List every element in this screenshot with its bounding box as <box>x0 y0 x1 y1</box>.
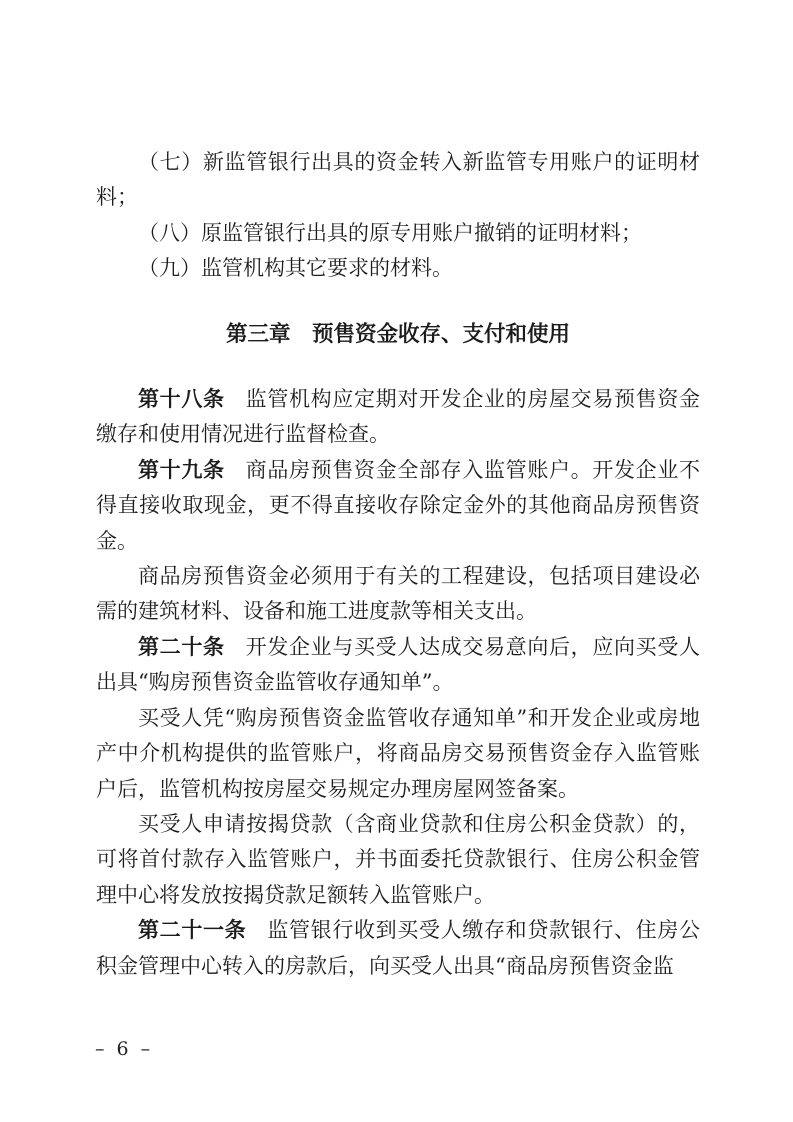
chapter-number: 第三章 <box>226 322 291 347</box>
paragraph-funds-use: 商品房预售资金必须用于有关的工程建设，包括项目建设必需的建筑材料、设备和施工进度… <box>96 559 700 630</box>
article-19-label: 第十九条 <box>138 458 225 482</box>
article-20-label: 第二十条 <box>138 635 225 659</box>
article-20: 第二十条开发企业与买受人达成交易意向后，应向买受人出具“购房预售资金监管收存通知… <box>96 630 700 701</box>
page-number: – 6 – <box>95 1038 153 1060</box>
document-page: （七）新监管银行出具的资金转入新监管专用账户的证明材料； （八）原监管银行出具的… <box>0 0 793 1122</box>
list-item-8: （八）原监管银行出具的原专用账户撤销的证明材料； <box>96 216 700 251</box>
article-21-label: 第二十一条 <box>138 918 246 942</box>
list-item-9: （九）监管机构其它要求的材料。 <box>96 251 700 286</box>
document-body: （七）新监管银行出具的资金转入新监管专用账户的证明材料； （八）原监管银行出具的… <box>96 145 700 984</box>
article-19: 第十九条商品房预售资金全部存入监管账户。开发企业不得直接收取现金，更不得直接收存… <box>96 453 700 559</box>
paragraph-mortgage: 买受人申请按揭贷款（含商业贷款和住房公积金贷款）的，可将首付款存入监管账户，并书… <box>96 807 700 913</box>
chapter-title: 预售资金收存、支付和使用 <box>312 322 570 347</box>
paragraph-buyer-deposit: 买受人凭“购房预售资金监管收存通知单”和开发企业或房地产中介机构提供的监管账户，… <box>96 701 700 807</box>
list-item-7: （七）新监管银行出具的资金转入新监管专用账户的证明材料； <box>96 145 700 216</box>
article-18-label: 第十八条 <box>138 387 225 411</box>
article-18: 第十八条监管机构应定期对开发企业的房屋交易预售资金缴存和使用情况进行监督检查。 <box>96 382 700 453</box>
chapter-heading: 第三章预售资金收存、支付和使用 <box>96 317 700 352</box>
article-21: 第二十一条监管银行收到买受人缴存和贷款银行、住房公积金管理中心转入的房款后，向买… <box>96 913 700 984</box>
